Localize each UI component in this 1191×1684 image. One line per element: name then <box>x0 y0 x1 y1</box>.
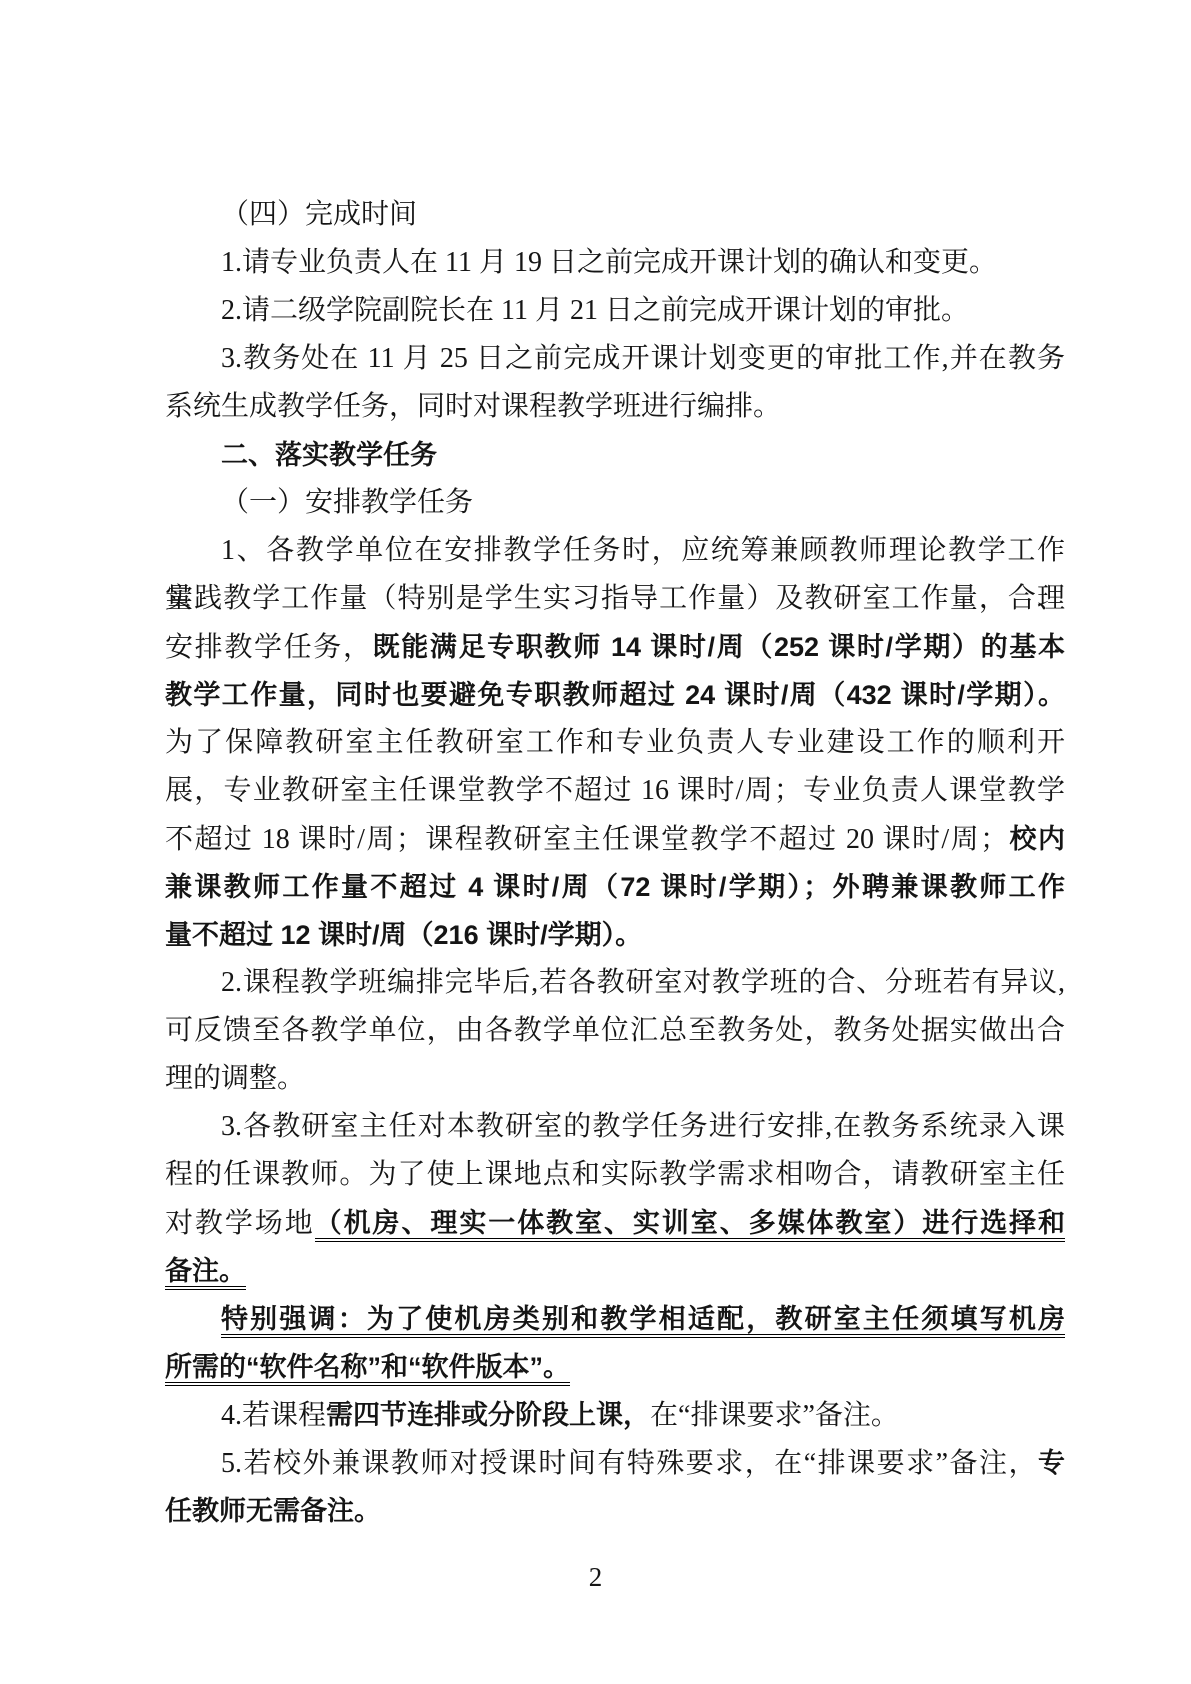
text-line: 对教学场地（机房、理实一体教室、实训室、多媒体教室）进行选择和 <box>165 1199 1065 1247</box>
text-line: （一）安排教学任务 <box>165 479 1065 527</box>
text-run: 既能满足专职教师 14 课时/周（252 课时/学期）的基本 <box>373 632 1065 662</box>
text-line: 系统生成教学任务，同时对课程教学班进行编排。 <box>165 383 1065 431</box>
text-run: （机房、理实一体教室、实训室、多媒体教室）进行选择和 <box>315 1208 1065 1242</box>
text-run: 2.课程教学班编排完毕后,若各教研室对教学班的合、分班若有异议, <box>221 967 1065 998</box>
text-run: 在“排课要求”备注。 <box>650 1400 899 1431</box>
text-line: 教学工作量，同时也要避免专职教师超过 24 课时/周（432 课时/学期）。 <box>165 671 1065 719</box>
text-line: 量不超过 12 课时/周（216 课时/学期）。 <box>165 911 1065 959</box>
text-run: 安排教学任务， <box>165 632 373 663</box>
text-line: 备注。 <box>165 1247 1065 1295</box>
text-run: 1.请专业负责人在 11 月 19 日之前完成开课计划的确认和变更。 <box>221 247 997 278</box>
text-run: 实践教学工作量（特别是学生实习指导工作量）及教研室工作量，合理 <box>165 583 1065 614</box>
text-line: （四）完成时间 <box>165 191 1065 239</box>
text-run: 为了保障教研室主任教研室工作和专业负责人专业建设工作的顺利开 <box>165 727 1065 758</box>
text-run: 系统生成教学任务，同时对课程教学班进行编排。 <box>165 391 781 422</box>
text-line: 实践教学工作量（特别是学生实习指导工作量）及教研室工作量，合理 <box>165 575 1065 623</box>
text-run: 对教学场地 <box>165 1208 315 1239</box>
text-line: 1、各教学单位在安排教学任务时，应统筹兼顾教师理论教学工作量、 <box>165 527 1065 575</box>
text-run: 展，专业教研室主任课堂教学不超过 16 课时/周；专业负责人课堂教学 <box>165 775 1065 806</box>
text-run: 备注。 <box>165 1256 246 1290</box>
page-number: 2 <box>0 1553 1191 1601</box>
text-line: 程的任课教师。为了使上课地点和实际教学需求相吻合，请教研室主任 <box>165 1151 1065 1199</box>
text-line: 2.课程教学班编排完毕后,若各教研室对教学班的合、分班若有异议, <box>165 959 1065 1007</box>
text-line: 特别强调：为了使机房类别和教学相适配，教研室主任须填写机房 <box>165 1295 1065 1343</box>
text-run: （四）完成时间 <box>221 199 417 230</box>
text-line: 2.请二级学院副院长在 11 月 21 日之前完成开课计划的审批。 <box>165 287 1065 335</box>
text-line: 可反馈至各教学单位，由各教学单位汇总至教务处，教务处据实做出合 <box>165 1007 1065 1055</box>
text-line: 展，专业教研室主任课堂教学不超过 16 课时/周；专业负责人课堂教学 <box>165 767 1065 815</box>
text-line: 为了保障教研室主任教研室工作和专业负责人专业建设工作的顺利开 <box>165 719 1065 767</box>
text-line: 1.请专业负责人在 11 月 19 日之前完成开课计划的确认和变更。 <box>165 239 1065 287</box>
text-run: 3.各教研室主任对本教研室的教学任务进行安排,在教务系统录入课 <box>221 1111 1065 1142</box>
text-run: 不超过 18 课时/周；课程教研室主任课堂教学不超过 20 课时/周； <box>165 824 1008 855</box>
text-run: 5.若校外兼课教师对授课时间有特殊要求，在“排课要求”备注， <box>221 1448 1038 1479</box>
text-line: 5.若校外兼课教师对授课时间有特殊要求，在“排课要求”备注，专 <box>165 1439 1065 1487</box>
text-line: 安排教学任务，既能满足专职教师 14 课时/周（252 课时/学期）的基本 <box>165 623 1065 671</box>
text-line: 兼课教师工作量不超过 4 课时/周（72 课时/学期）；外聘兼课教师工作 <box>165 863 1065 911</box>
text-line: 二、落实教学任务 <box>165 431 1065 479</box>
text-run: 需四节连排或分阶段上课， <box>326 1400 650 1430</box>
text-line: 3.教务处在 11 月 25 日之前完成开课计划变更的审批工作,并在教务 <box>165 335 1065 383</box>
text-run: 3.教务处在 11 月 25 日之前完成开课计划变更的审批工作,并在教务 <box>221 343 1065 374</box>
text-run: （一）安排教学任务 <box>221 487 473 518</box>
text-line: 理的调整。 <box>165 1055 1065 1103</box>
text-line: 不超过 18 课时/周；课程教研室主任课堂教学不超过 20 课时/周；校内 <box>165 815 1065 863</box>
text-run: 理的调整。 <box>165 1063 305 1094</box>
text-run: 量不超过 12 课时/周（216 课时/学期）。 <box>165 920 642 950</box>
text-run: 2.请二级学院副院长在 11 月 21 日之前完成开课计划的审批。 <box>221 295 969 326</box>
document-body: （四）完成时间1.请专业负责人在 11 月 19 日之前完成开课计划的确认和变更… <box>165 191 1065 1535</box>
text-run: 专 <box>1038 1448 1065 1478</box>
text-run: 教学工作量，同时也要避免专职教师超过 24 课时/周（432 课时/学期）。 <box>165 680 1065 710</box>
text-run: 程的任课教师。为了使上课地点和实际教学需求相吻合，请教研室主任 <box>165 1159 1065 1190</box>
text-run: 特别强调：为了使机房类别和教学相适配，教研室主任须填写机房 <box>221 1304 1065 1338</box>
text-run: 4.若课程 <box>221 1400 326 1431</box>
text-run: 任教师无需备注。 <box>165 1496 381 1526</box>
text-line: 4.若课程需四节连排或分阶段上课，在“排课要求”备注。 <box>165 1391 1065 1439</box>
text-run: 所需的“软件名称”和“软件版本”。 <box>165 1352 570 1386</box>
text-line: 任教师无需备注。 <box>165 1487 1065 1535</box>
text-line: 所需的“软件名称”和“软件版本”。 <box>165 1343 1065 1391</box>
text-run: 校内 <box>1008 824 1065 854</box>
text-run: 可反馈至各教学单位，由各教学单位汇总至教务处，教务处据实做出合 <box>165 1015 1065 1046</box>
text-line: 3.各教研室主任对本教研室的教学任务进行安排,在教务系统录入课 <box>165 1103 1065 1151</box>
document-page: （四）完成时间1.请专业负责人在 11 月 19 日之前完成开课计划的确认和变更… <box>0 0 1191 1684</box>
text-run: 兼课教师工作量不超过 4 课时/周（72 课时/学期）；外聘兼课教师工作 <box>165 872 1065 902</box>
text-run: 二、落实教学任务 <box>221 440 437 470</box>
